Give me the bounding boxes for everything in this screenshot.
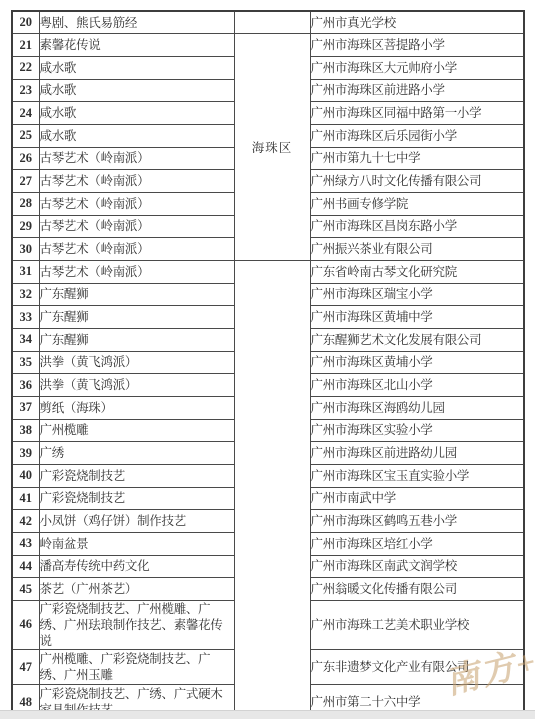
project-name-cell: 古琴艺术（岭南派） <box>39 260 234 283</box>
page-edge-strip <box>0 710 535 719</box>
unit-name-cell: 广州振兴茶业有限公司 <box>310 238 524 261</box>
unit-name-cell: 广州市海珠区海鸥幼儿园 <box>310 396 524 419</box>
row-number-cell: 40 <box>12 464 39 487</box>
project-name-cell: 茶艺（广州茶艺） <box>39 578 234 601</box>
row-number-cell: 30 <box>12 238 39 261</box>
project-name-cell: 广州榄雕 <box>39 419 234 442</box>
table-row: 21 素馨花传说 海珠区 广州市海珠区菩提路小学 <box>12 34 524 57</box>
unit-name-cell: 广州市海珠区菩提路小学 <box>310 34 524 57</box>
row-number-cell: 36 <box>12 374 39 397</box>
table-row: 31 古琴艺术（岭南派） 广东省岭南古琴文化研究院 <box>12 260 524 283</box>
unit-name-cell: 广州市海珠区南武文润学校 <box>310 555 524 578</box>
row-number-cell: 27 <box>12 170 39 193</box>
project-name-cell: 广东醒狮 <box>39 306 234 329</box>
table-row: 20 粤剧、熊氏易筋经 广州市真光学校 <box>12 11 524 34</box>
project-name-cell: 广彩瓷烧制技艺 <box>39 487 234 510</box>
project-name-cell: 洪拳（黄飞鸿派） <box>39 351 234 374</box>
unit-name-cell: 广州市海珠区前进路幼儿园 <box>310 442 524 465</box>
row-number-cell: 45 <box>12 578 39 601</box>
unit-name-cell: 广东醒狮艺术文化发展有限公司 <box>310 328 524 351</box>
unit-name-cell: 广州市海珠区宝玉直实验小学 <box>310 464 524 487</box>
district-cell-empty-bottom <box>234 260 310 719</box>
unit-name-cell: 广州绿方八时文化传播有限公司 <box>310 170 524 193</box>
project-name-cell: 小凤饼（鸡仔饼）制作技艺 <box>39 510 234 533</box>
project-name-cell: 剪纸（海珠） <box>39 396 234 419</box>
row-number-cell: 25 <box>12 124 39 147</box>
row-number-cell: 28 <box>12 192 39 215</box>
project-name-cell: 粤剧、熊氏易筋经 <box>39 11 234 34</box>
unit-name-cell: 广州市海珠区黄埔小学 <box>310 351 524 374</box>
unit-name-cell: 广州书画专修学院 <box>310 192 524 215</box>
row-number-cell: 24 <box>12 102 39 125</box>
heritage-table: 20 粤剧、熊氏易筋经 广州市真光学校 21 素馨花传说 海珠区 广州市海珠区菩… <box>11 10 525 719</box>
unit-name-cell: 广州市海珠区昌岗东路小学 <box>310 215 524 238</box>
row-number-cell: 44 <box>12 555 39 578</box>
row-number-cell: 26 <box>12 147 39 170</box>
unit-name-cell: 广州翁暖文化传播有限公司 <box>310 578 524 601</box>
row-number-cell: 37 <box>12 396 39 419</box>
row-number-cell: 34 <box>12 328 39 351</box>
unit-name-cell: 广州市海珠工艺美术职业学校 <box>310 600 524 649</box>
project-name-cell: 洪拳（黄飞鸿派） <box>39 374 234 397</box>
unit-name-cell: 广州市海珠区培红小学 <box>310 532 524 555</box>
unit-name-cell: 广州市海珠区后乐园街小学 <box>310 124 524 147</box>
row-number-cell: 32 <box>12 283 39 306</box>
row-number-cell: 23 <box>12 79 39 102</box>
unit-name-cell: 广州市南武中学 <box>310 487 524 510</box>
project-name-cell: 广东醒狮 <box>39 328 234 351</box>
unit-name-cell: 广州市真光学校 <box>310 11 524 34</box>
unit-name-cell: 广州市海珠区瑞宝小学 <box>310 283 524 306</box>
unit-name-cell: 广州市海珠区前进路小学 <box>310 79 524 102</box>
row-number-cell: 42 <box>12 510 39 533</box>
unit-name-cell: 广州市海珠区同福中路第一小学 <box>310 102 524 125</box>
project-name-cell: 古琴艺术（岭南派） <box>39 147 234 170</box>
row-number-cell: 20 <box>12 11 39 34</box>
project-name-cell: 咸水歌 <box>39 56 234 79</box>
unit-name-cell: 广州市第九十七中学 <box>310 147 524 170</box>
row-number-cell: 46 <box>12 600 39 649</box>
row-number-cell: 29 <box>12 215 39 238</box>
project-name-cell: 古琴艺术（岭南派） <box>39 215 234 238</box>
unit-name-cell: 广州市海珠区鹤鸣五巷小学 <box>310 510 524 533</box>
unit-name-cell: 广州市海珠区黄埔中学 <box>310 306 524 329</box>
project-name-cell: 素馨花传说 <box>39 34 234 57</box>
row-number-cell: 47 <box>12 649 39 684</box>
project-name-cell: 咸水歌 <box>39 124 234 147</box>
project-name-cell: 广彩瓷烧制技艺 <box>39 464 234 487</box>
project-name-cell: 岭南盆景 <box>39 532 234 555</box>
unit-name-cell: 广州市海珠区实验小学 <box>310 419 524 442</box>
row-number-cell: 31 <box>12 260 39 283</box>
project-name-cell: 广州榄雕、广彩瓷烧制技艺、广绣、广州玉雕 <box>39 649 234 684</box>
unit-name-cell: 广州市海珠区北山小学 <box>310 374 524 397</box>
project-name-cell: 咸水歌 <box>39 79 234 102</box>
row-number-cell: 38 <box>12 419 39 442</box>
district-cell-empty-top <box>234 11 310 34</box>
district-cell-haizhu: 海珠区 <box>234 34 310 261</box>
row-number-cell: 41 <box>12 487 39 510</box>
project-name-cell: 广彩瓷烧制技艺、广州榄雕、广绣、广州珐琅制作技艺、素馨花传说 <box>39 600 234 649</box>
row-number-cell: 35 <box>12 351 39 374</box>
row-number-cell: 33 <box>12 306 39 329</box>
row-number-cell: 39 <box>12 442 39 465</box>
row-number-cell: 21 <box>12 34 39 57</box>
project-name-cell: 古琴艺术（岭南派） <box>39 192 234 215</box>
project-name-cell: 咸水歌 <box>39 102 234 125</box>
project-name-cell: 广绣 <box>39 442 234 465</box>
project-name-cell: 广东醒狮 <box>39 283 234 306</box>
project-name-cell: 古琴艺术（岭南派） <box>39 238 234 261</box>
row-number-cell: 43 <box>12 532 39 555</box>
unit-name-cell: 广州市海珠区大元帅府小学 <box>310 56 524 79</box>
unit-name-cell: 广东非遗梦文化产业有限公司 <box>310 649 524 684</box>
project-name-cell: 古琴艺术（岭南派） <box>39 170 234 193</box>
unit-name-cell: 广东省岭南古琴文化研究院 <box>310 260 524 283</box>
row-number-cell: 22 <box>12 56 39 79</box>
project-name-cell: 潘高寿传统中药文化 <box>39 555 234 578</box>
